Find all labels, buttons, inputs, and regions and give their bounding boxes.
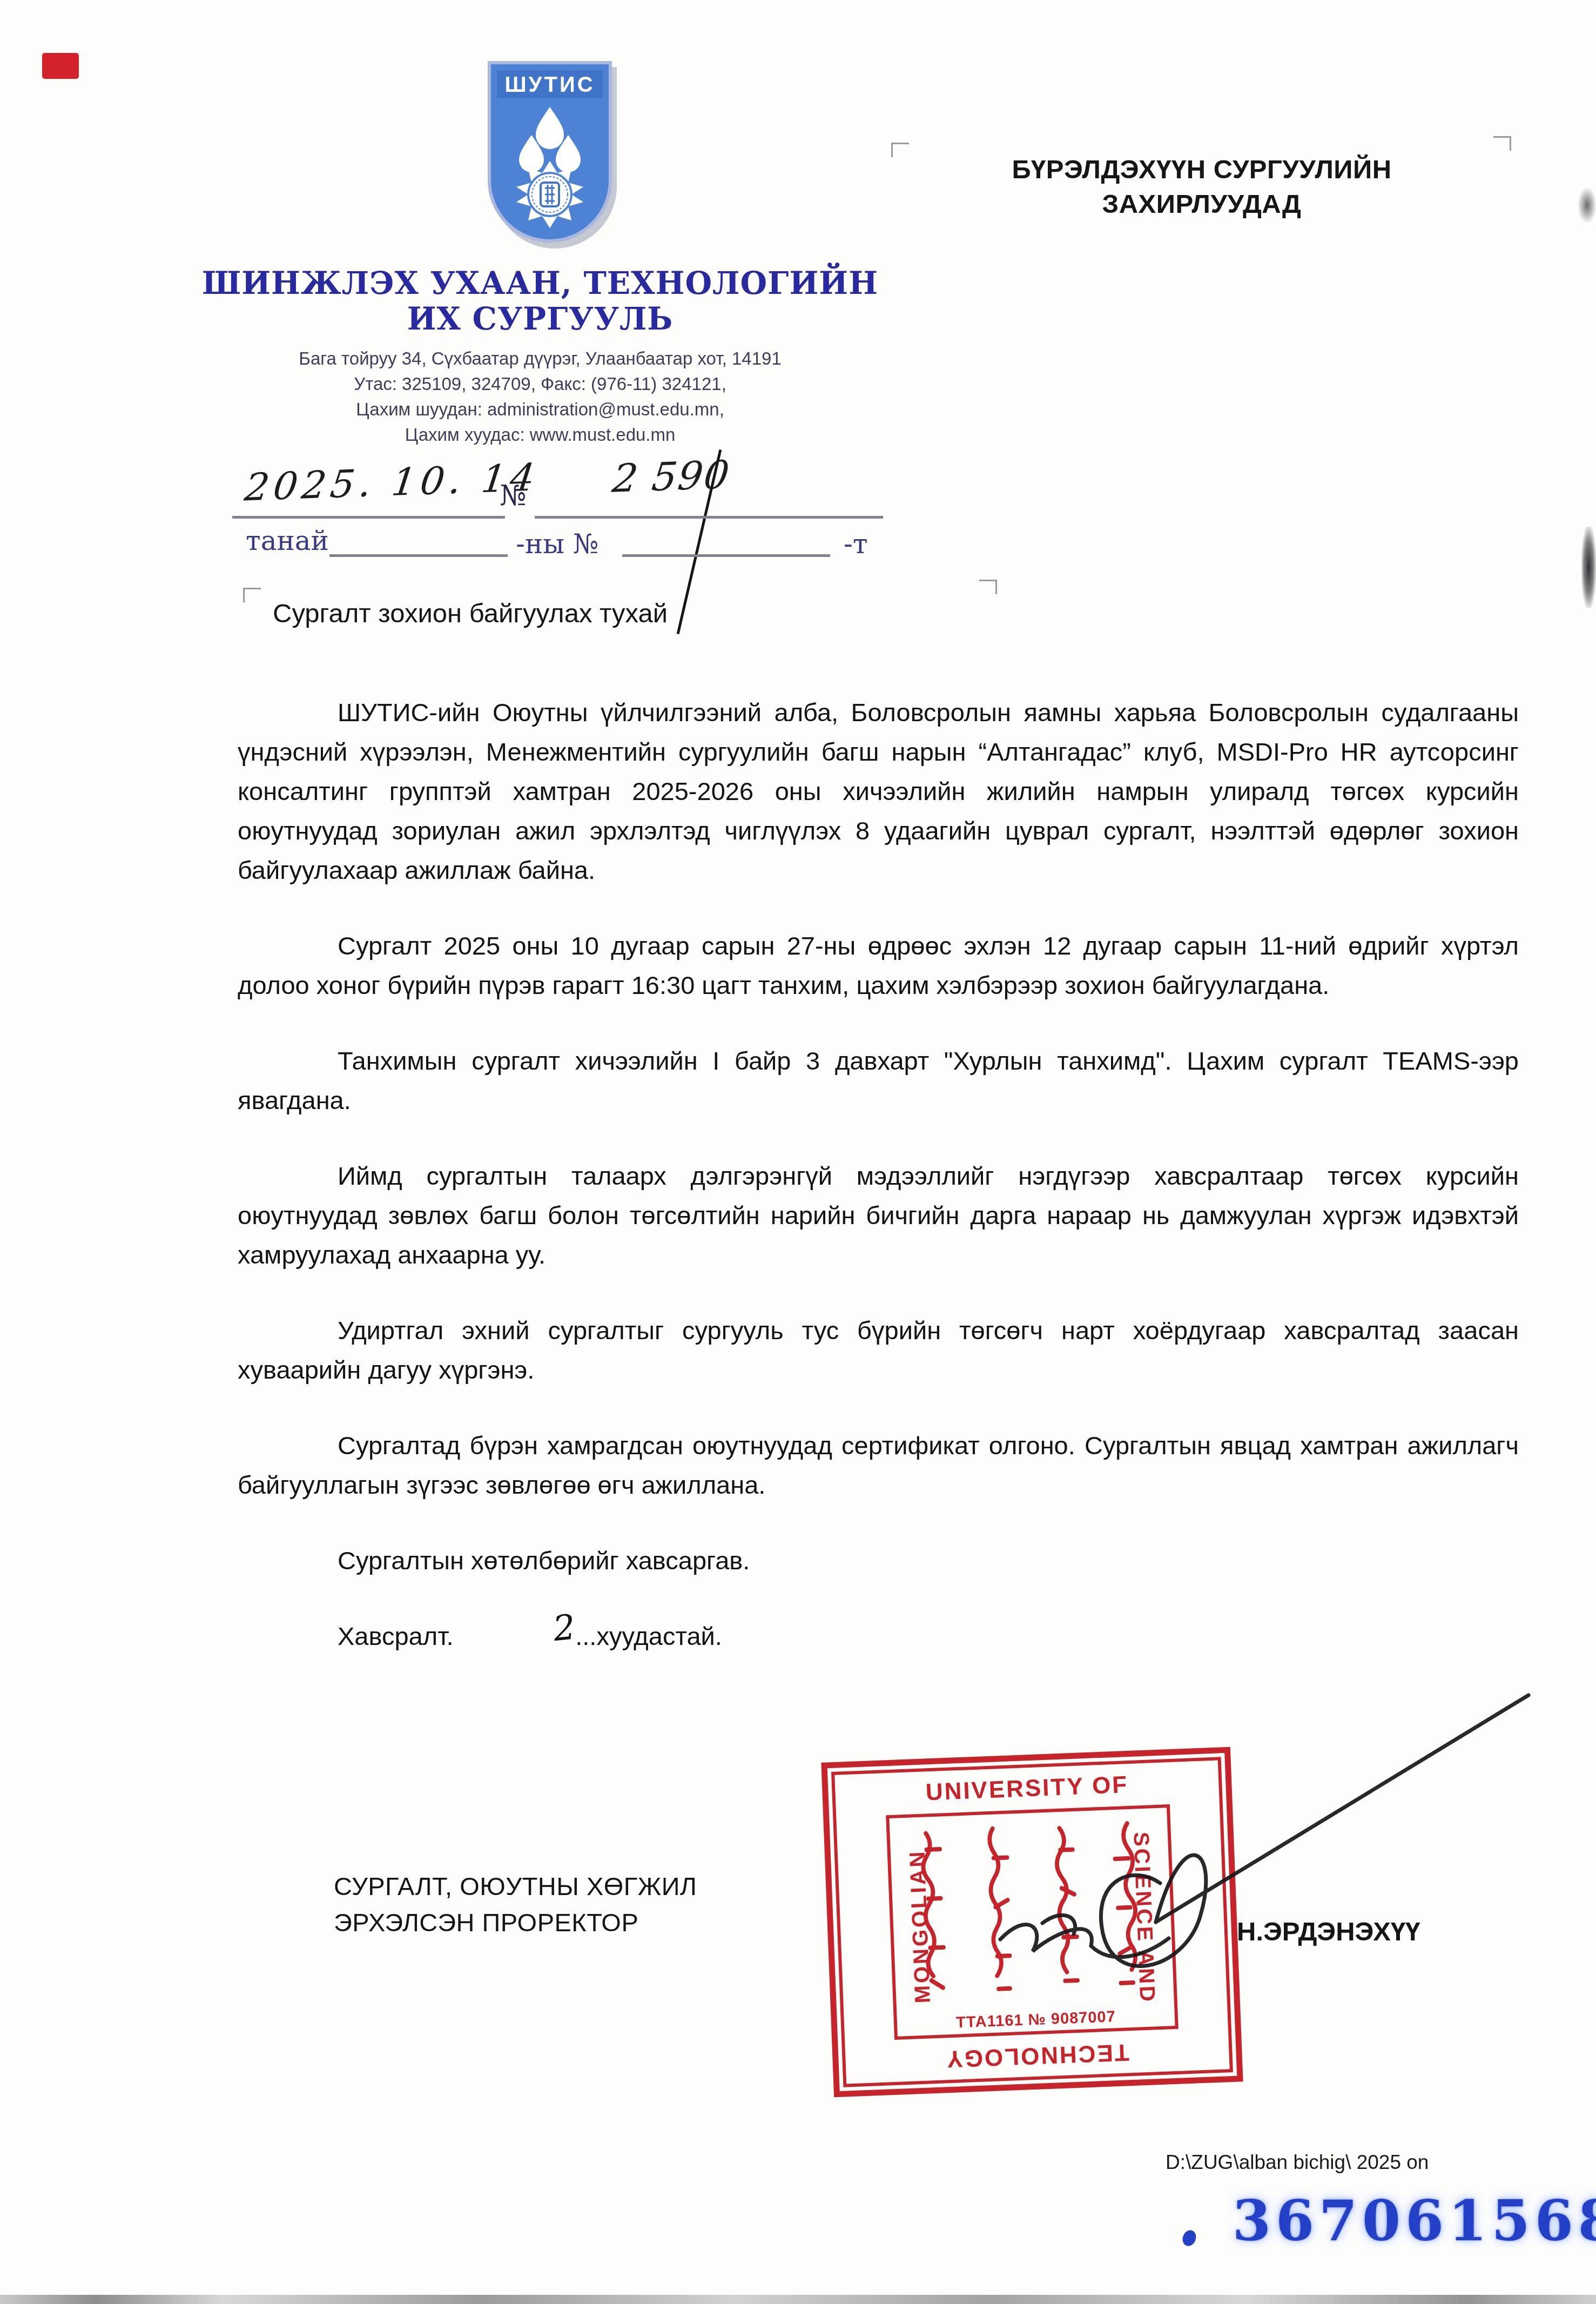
org-name-line1: ШИНЖЛЭХ УХААН, ТЕХНОЛОГИЙН xyxy=(162,266,918,301)
corner-mark xyxy=(979,580,997,594)
org-address: Бага тойруу 34, Сүхбаатар дүүрэг, Улаанб… xyxy=(162,346,918,447)
scan-edge-strip xyxy=(0,2295,1596,2304)
recipient-line1: БҮРЭЛДЭХҮҮН СУРГУУЛИЙН xyxy=(907,152,1496,187)
paragraph: Сургалтад бүрэн хамрагдсан оюутнуудад се… xyxy=(238,1426,1519,1504)
stamp-bottom-text: TECHNOLOGY xyxy=(845,2034,1229,2076)
paragraph: Сургалтын хөтөлбөрийг хавсаргав. xyxy=(238,1541,1519,1580)
corner-mark xyxy=(243,588,261,602)
signer-name: Н.ЭРДЭНЭХҮҮ xyxy=(1237,1917,1420,1947)
registry-dot xyxy=(1181,2228,1198,2248)
paragraph: ШУТИС-ийн Оюутны үйлчилгээний алба, Боло… xyxy=(238,693,1519,890)
paragraph: Иймд сургалтын талаарх дэлгэрэнгүй мэдээ… xyxy=(238,1156,1519,1274)
scanned-letter-page: ШУТИС ШИНЖЛЭХ УХААН, ТЕХНОЛОГИЙН ИХ СУРГ… xyxy=(0,0,1596,2304)
attachment-suffix: ...хуудастай. xyxy=(575,1622,722,1650)
university-logo-icon: ШУТИС xyxy=(485,59,615,246)
mongolian-script-icon xyxy=(889,1808,1175,2036)
stamp-top-text: UNIVERSITY OF xyxy=(835,1768,1219,1810)
your-ref-middle: -ны № xyxy=(516,528,598,560)
org-name-line2: ИХ СУРГУУЛЬ xyxy=(162,301,918,337)
address-line: Утас: 325109, 324709, Факс: (976-11) 324… xyxy=(162,371,918,397)
number-symbol: № xyxy=(500,480,526,512)
corner-mark xyxy=(1493,136,1511,151)
address-line: Цахим хуудас: www.must.edu.mn xyxy=(162,422,918,447)
stamp-script-panel: ТТА1161 № 9087007 xyxy=(886,1804,1179,2040)
stamp-inner-border: UNIVERSITY OF TECHNOLOGY MONGOLIAN SCIEN… xyxy=(831,1757,1233,2087)
recipient-line2: ЗАХИРЛУУДАД xyxy=(907,187,1496,221)
attachment-count-handwritten: 2 xyxy=(454,1627,575,1640)
number-underline xyxy=(535,516,883,519)
scan-red-mark xyxy=(42,53,79,79)
svg-text:ШУТИС: ШУТИС xyxy=(504,73,595,97)
attachment-prefix: Хавсралт. xyxy=(338,1622,454,1650)
registry-number: 367061568 xyxy=(1233,2189,1596,2254)
attachment-note: Хавсралт.2...хуудастай. xyxy=(238,1616,1519,1656)
recipient-block: БҮРЭЛДЭХҮҮН СУРГУУЛИЙН ЗАХИРЛУУДАД xyxy=(907,152,1496,221)
signer-title: СУРГАЛТ, ОЮУТНЫ ХӨГЖИЛ ЭРХЭЛСЭН ПРОРЕКТО… xyxy=(334,1868,697,1940)
official-stamp: UNIVERSITY OF TECHNOLOGY MONGOLIAN SCIEN… xyxy=(821,1747,1243,2098)
subject-text: Сургалт зохион байгуулах тухай xyxy=(273,599,668,628)
handwritten-date: 2025. 10. 14 xyxy=(243,455,542,510)
date-underline xyxy=(232,516,505,519)
paragraph: Танхимын сургалт хичээлийн I байр 3 давх… xyxy=(238,1041,1519,1120)
corner-mark xyxy=(891,143,909,157)
address-line: Цахим шуудан: administration@must.edu.mn… xyxy=(162,397,918,422)
letter-body: ШУТИС-ийн Оюутны үйлчилгээний алба, Боло… xyxy=(238,693,1519,1692)
address-line: Бага тойруу 34, Сүхбаатар дүүрэг, Улаанб… xyxy=(162,346,918,371)
scan-smudge xyxy=(1578,188,1596,223)
org-name: ШИНЖЛЭХ УХААН, ТЕХНОЛОГИЙН ИХ СУРГУУЛЬ xyxy=(162,266,918,337)
signer-title-line2: ЭРХЭЛСЭН ПРОРЕКТОР xyxy=(334,1904,697,1940)
ref-underline-1 xyxy=(329,554,508,557)
signer-title-line1: СУРГАЛТ, ОЮУТНЫ ХӨГЖИЛ xyxy=(334,1868,697,1904)
ref-underline-2 xyxy=(622,554,830,557)
subject-line: Сургалт зохион байгуулах тухай xyxy=(273,599,668,629)
your-ref-label: танай xyxy=(246,525,329,556)
paragraph: Удиртгал эхний сургалтыг сургууль тус бү… xyxy=(238,1311,1519,1389)
your-ref-suffix: -т xyxy=(844,528,868,560)
file-path: D:\ZUG\alban bichig\ 2025 on xyxy=(1166,2151,1429,2174)
paragraph: Сургалт 2025 оны 10 дугаар сарын 27-ны ө… xyxy=(238,926,1519,1005)
scan-smudge xyxy=(1581,527,1596,608)
